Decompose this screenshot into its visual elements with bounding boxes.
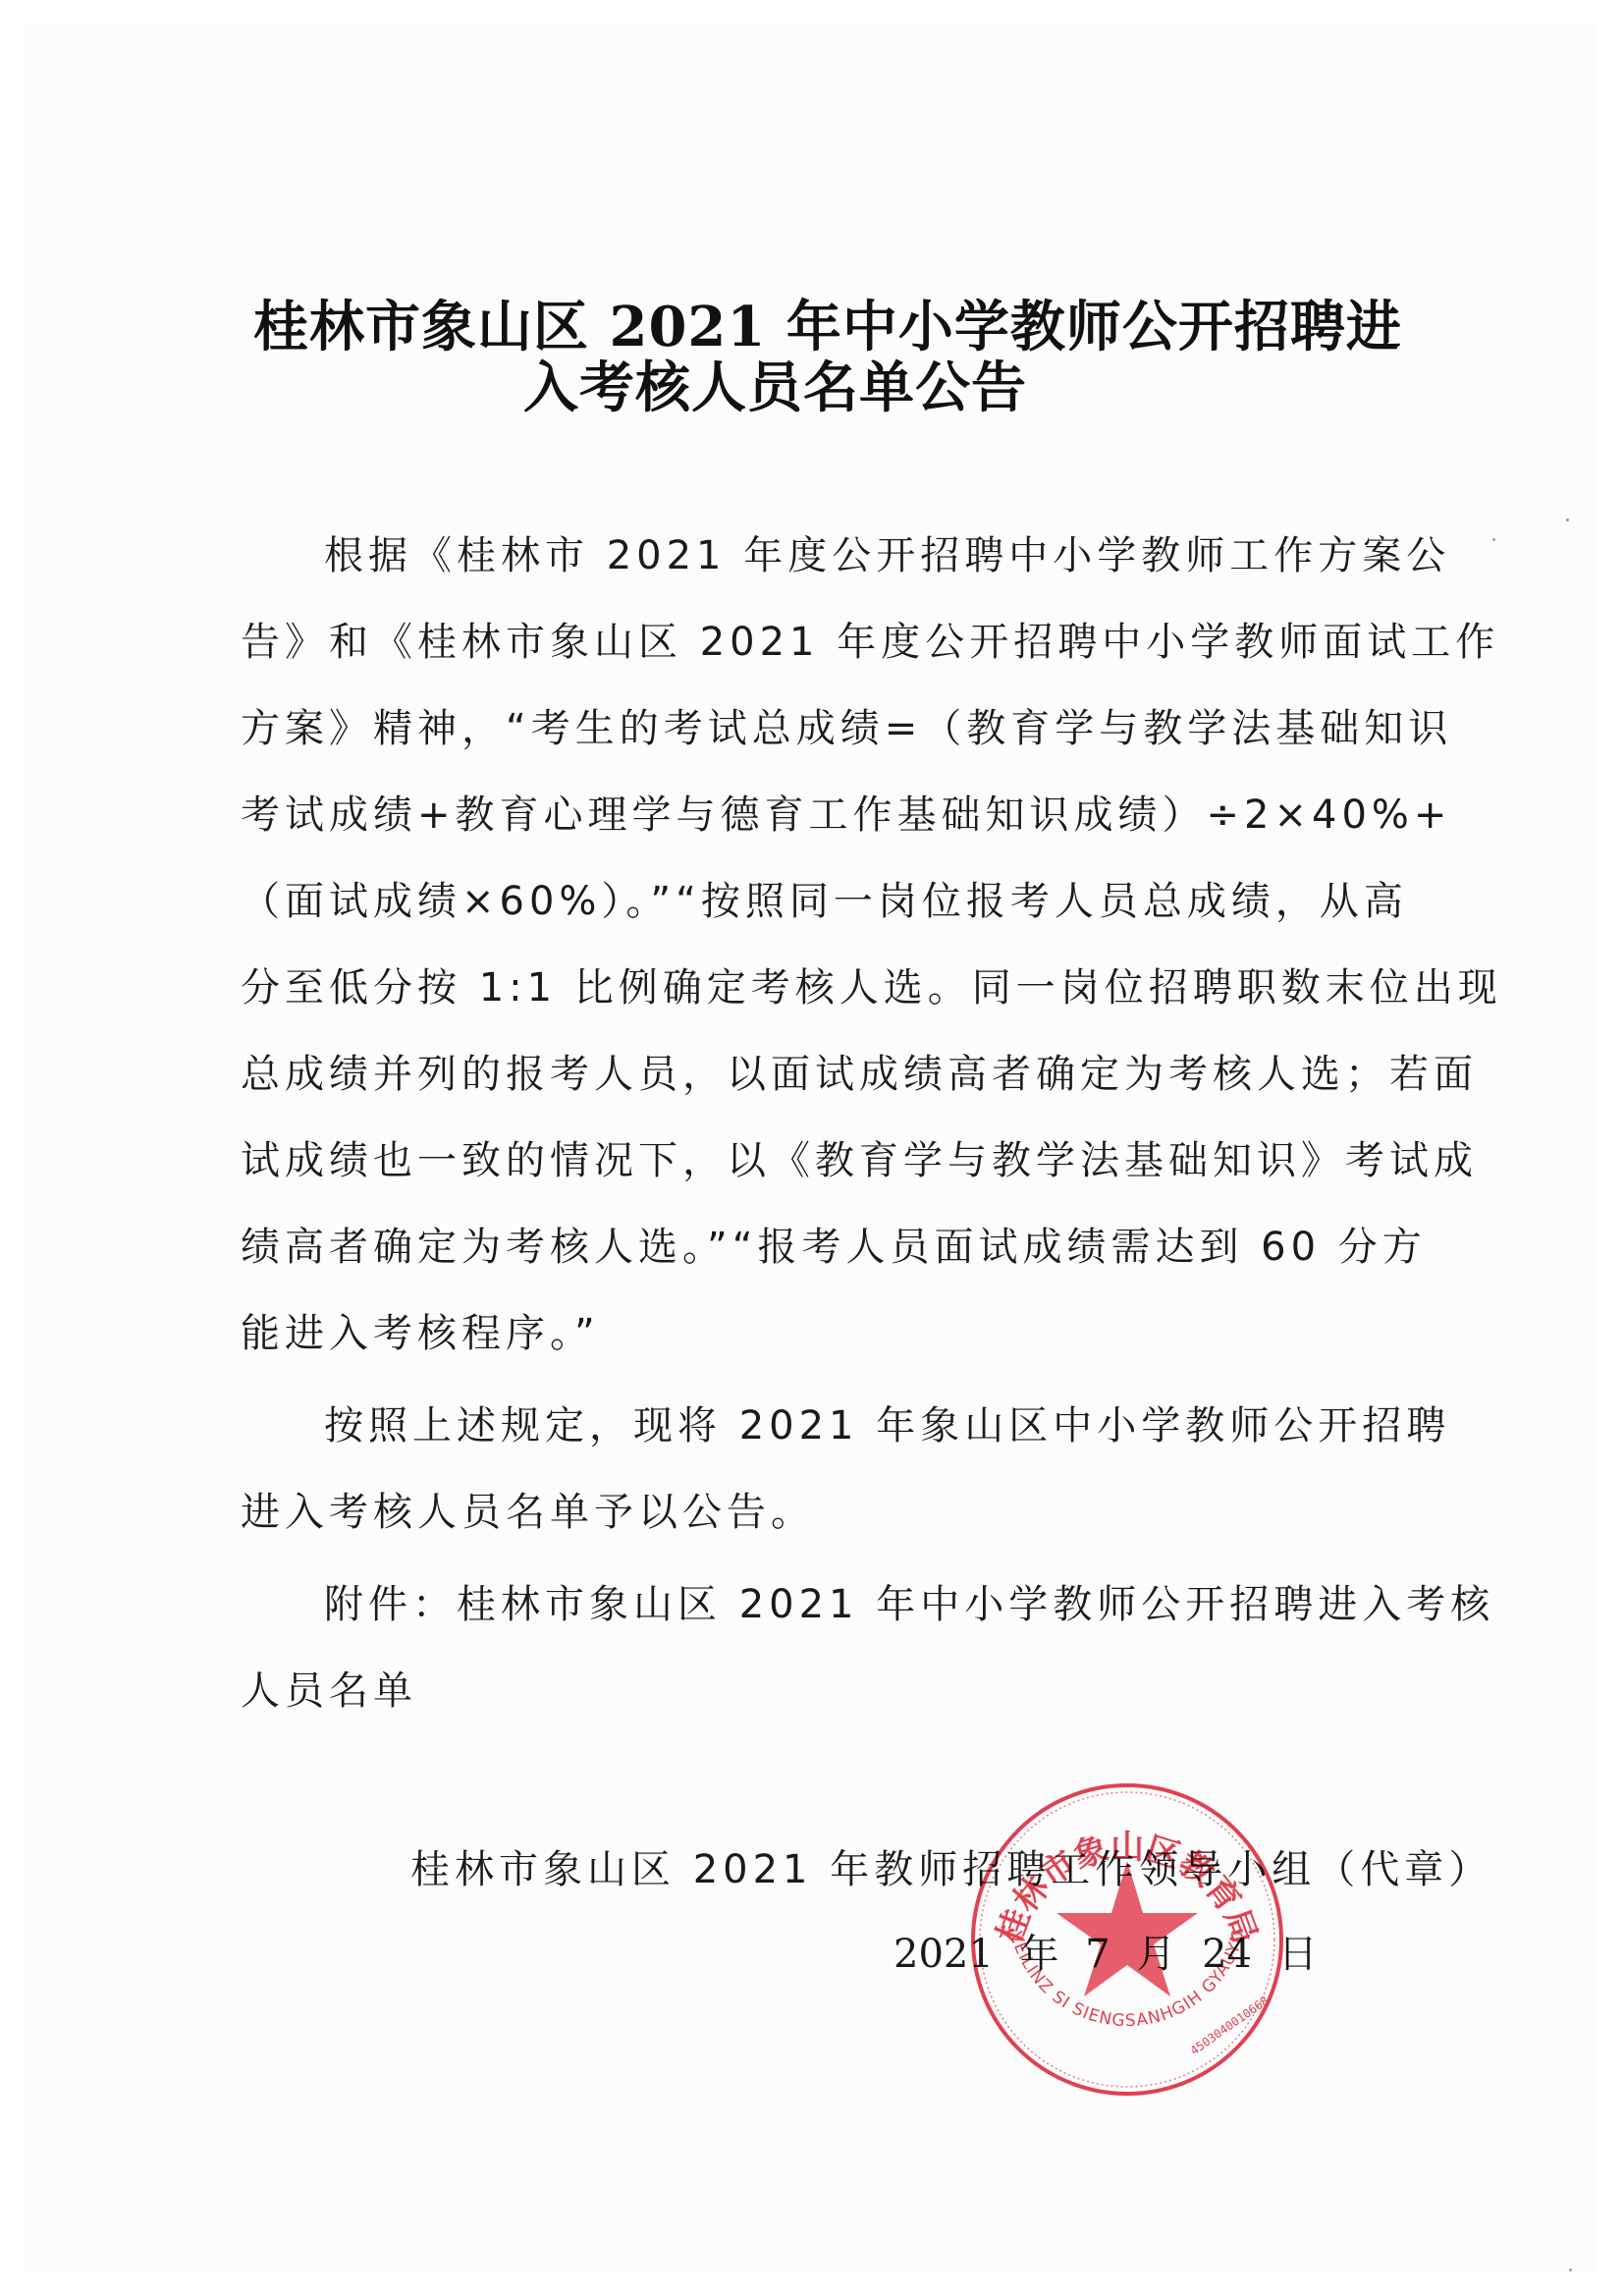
text-line: 能进入考核程序。” — [241, 1310, 600, 1357]
text-line: 人员名单 — [241, 1667, 417, 1715]
official-seal: 桂林市象山区教育局 GVEILINZ SI SIENGSANHGIH GYAUY… — [968, 1780, 1286, 2099]
text-line: 试成绩也一致的情况下，以《教育学与教学法基础知识》考试成 — [241, 1137, 1478, 1184]
text-line: 附件：桂林市象山区 2021 年中小学教师公开招聘进入考核 — [324, 1581, 1494, 1628]
text-line: （面试成绩×60%）。”“按照同一岗位报考人员总成绩，从高 — [241, 878, 1408, 925]
text-line: 考试成绩+教育心理学与德育工作基础知识成绩）÷2×40%+ — [241, 792, 1451, 839]
signature-line: 桂林市象山区 2021 年教师招聘工作领导小组（代章） — [410, 1846, 1492, 1893]
scan-speck — [1492, 538, 1495, 541]
document-title-line1: 桂林市象山区 2021 年中小学教师公开招聘进 — [253, 295, 1402, 359]
text-line: 分至低分按 1:1 比例确定考核人选。同一岗位招聘职数末位出现 — [241, 964, 1502, 1011]
text-line: 方案》精神，“考生的考试总成绩=（教育学与教学法基础知识 — [241, 705, 1452, 752]
document-title-line2: 入考核人员名单公告 — [523, 355, 1027, 420]
text-line: 告》和《桂林市象山区 2021 年度公开招聘中小学教师面试工作 — [241, 619, 1499, 666]
text-line: 按照上述规定，现将 2021 年象山区中小学教师公开招聘 — [324, 1402, 1450, 1449]
scan-speck — [1566, 519, 1569, 521]
text-line: 根据《桂林市 2021 年度公开招聘中小学教师工作方案公 — [324, 532, 1450, 579]
star-icon — [1056, 1861, 1198, 1996]
text-line: 总成绩并列的报考人员，以面试成绩高者确定为考核人选；若面 — [241, 1051, 1478, 1098]
scan-speck — [1569, 2269, 1572, 2271]
text-line: 进入考核人员名单予以公告。 — [241, 1489, 815, 1536]
text-line: 绩高者确定为考核人选。”“报考人员面试成绩需达到 60 分方 — [241, 1224, 1427, 1271]
